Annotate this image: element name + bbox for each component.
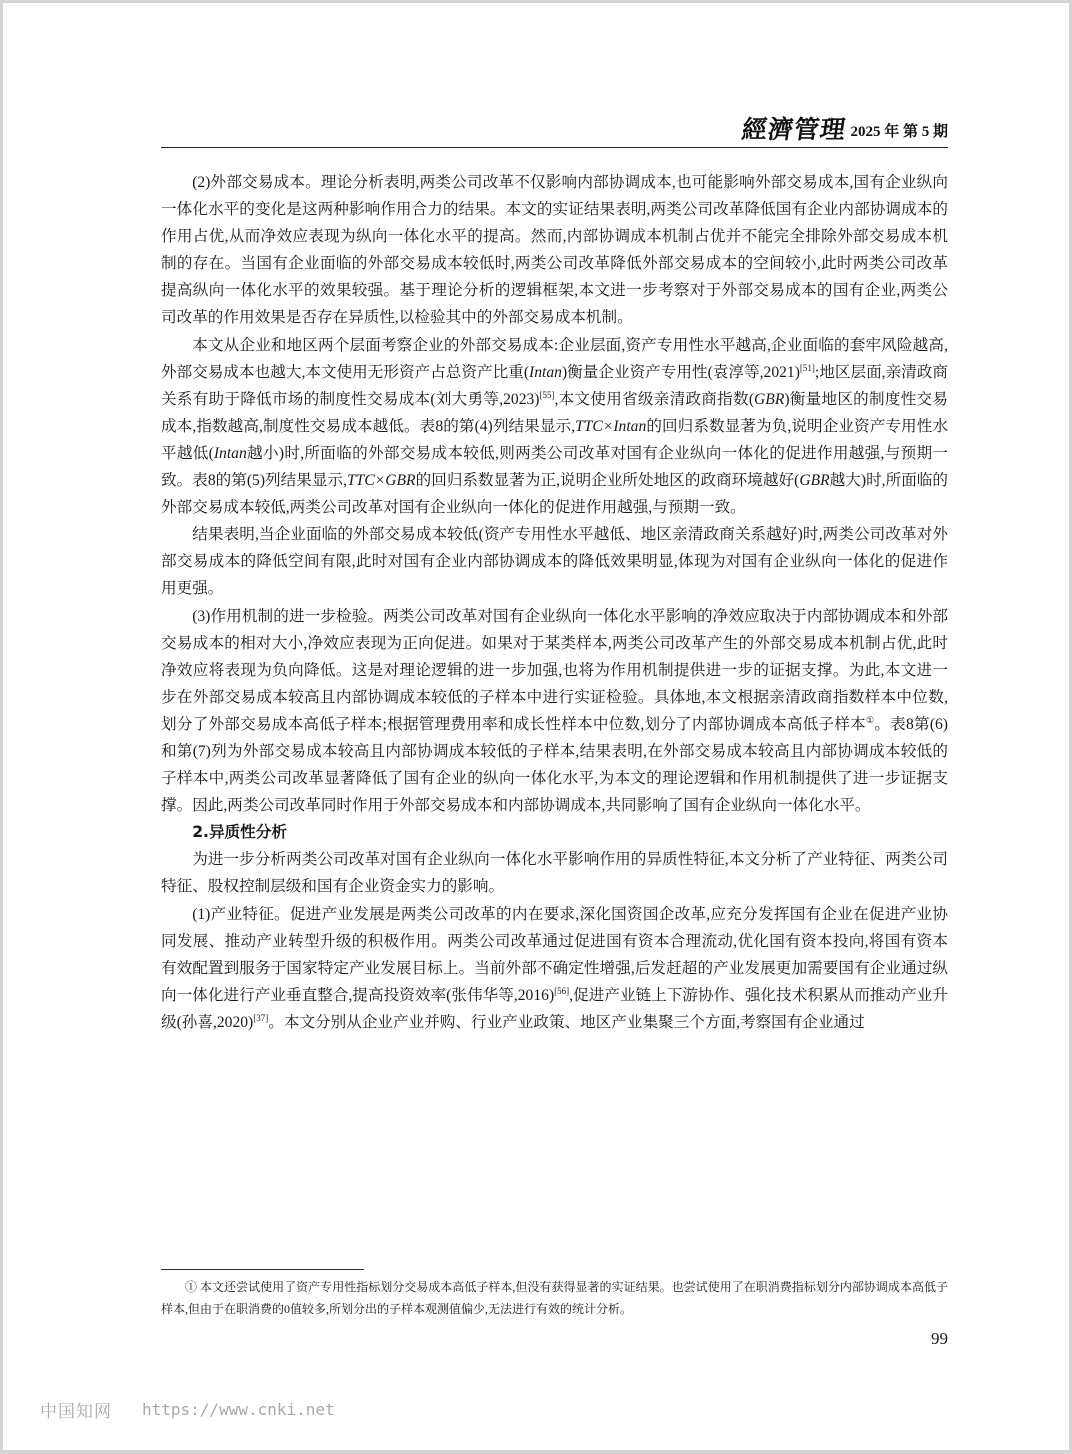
paragraph: (1)产业特征。促进产业发展是两类公司改革的内在要求,深化国资国企改革,应充分发… (161, 901, 948, 1036)
variable-name: Intan (214, 445, 247, 462)
variable-name: GBR (799, 472, 829, 489)
cnki-watermark: 中国知网 https://www.cnki.net (40, 1397, 335, 1422)
paragraph: 为进一步分析两类公司改革对国有企业纵向一体化水平影响作用的异质性特征,本文分析了… (161, 846, 948, 900)
header-rule (161, 147, 948, 148)
footnote-ref[interactable]: ① (866, 715, 874, 725)
watermark-site-name: 中国知网 (40, 1397, 112, 1422)
variable-name: GBR (754, 391, 784, 408)
watermark-url[interactable]: https://www.cnki.net (142, 1400, 335, 1419)
variable-name: TTC×GBR (347, 472, 416, 489)
journal-name: 經濟管理 (741, 117, 849, 143)
body-text: (2)外部交易成本。理论分析表明,两类公司改革不仅影响内部协调成本,也可能影响外… (161, 169, 948, 1036)
running-head: 經濟管理 2025 年 第 5 期 (693, 113, 948, 143)
variable-name: TTC×Intan (575, 418, 646, 435)
journal-page: 經濟管理 2025 年 第 5 期 (2)外部交易成本。理论分析表明,两类公司改… (3, 3, 1069, 1450)
section-heading: 2.异质性分析 (161, 819, 948, 846)
paragraph: (3)作用机制的进一步检验。两类公司改革对国有企业纵向一体化水平影响的净效应取决… (161, 603, 948, 820)
citation-ref[interactable]: [37] (253, 1013, 268, 1023)
page-number: 99 (903, 1329, 948, 1349)
footnote: ① 本文还尝试使用了资产专用性指标划分交易成本高低子样本,但没有获得显著的实证结… (161, 1276, 948, 1320)
citation-ref[interactable]: [56] (554, 986, 569, 996)
variable-name: Intan (529, 364, 562, 381)
footnote-rule (161, 1269, 364, 1270)
issue-label: 2025 年 第 5 期 (850, 121, 948, 143)
paragraph: (2)外部交易成本。理论分析表明,两类公司改革不仅影响内部协调成本,也可能影响外… (161, 169, 948, 332)
paragraph: 本文从企业和地区两个层面考察企业的外部交易成本:企业层面,资产专用性水平越高,企… (161, 332, 948, 522)
citation-ref[interactable]: [55] (540, 390, 555, 400)
paragraph: 结果表明,当企业面临的外部交易成本较低(资产专用性水平越低、地区亲清政商关系越好… (161, 521, 948, 602)
citation-ref[interactable]: [51] (800, 363, 815, 373)
